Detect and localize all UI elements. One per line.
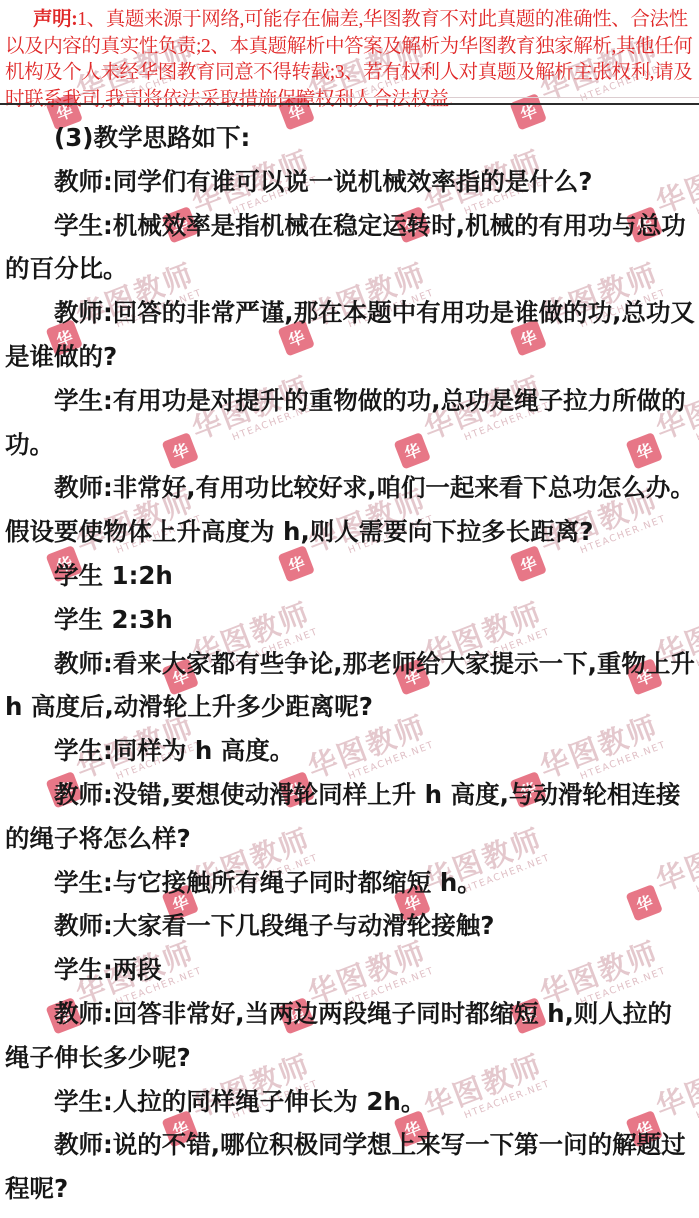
watermark-domain-text: HTEACHER.NET [695,401,699,443]
dialogue-paragraph: 教师:大家看一下几段绳子与动滑轮接触? [5,904,695,948]
watermark-domain-text: HTEACHER.NET [695,1079,699,1121]
dialogue-paragraph: 学生:有用功是对提升的重物做的功,总功是绳子拉力所做的功。 [5,379,695,467]
dialogue-paragraph: 教师:同学们有谁可以说一说机械效率指的是什么? [5,160,695,204]
thin-divider [110,97,699,98]
dialogue-paragraph: 教师:没错,要想使动滑轮同样上升 h 高度,与动滑轮相连接的绳子将怎么样? [5,773,695,861]
watermark-domain-text: HTEACHER.NET [695,175,699,217]
dialogue-paragraph: 学生:与它接触所有绳子同时都缩短 h。 [5,861,695,905]
dialogue-section: (3)教学思路如下: 教师:同学们有谁可以说一说机械效率指的是什么?学生:机械效… [5,116,695,1211]
dialogue-paragraph: 教师:看来大家都有些争论,那老师给大家提示一下,重物上升 h 高度后,动滑轮上升… [5,642,695,730]
dialogue-paragraph: 学生:人拉的同样绳子伸长为 2h。 [5,1080,695,1124]
dialogue-paragraph: 教师:说的不错,哪位积极同学想上来写一下第一问的解题过程呢? [5,1123,695,1211]
watermark-domain-text: HTEACHER.NET [695,627,699,669]
dialogue-paragraph: 教师:回答非常好,当两边两段绳子同时都缩短 h,则人拉的绳子伸长多少呢? [5,992,695,1080]
document-page: 华华图教师HTEACHER.NET华华图教师HTEACHER.NET华华图教师H… [0,0,699,1218]
dialogue-paragraph: 教师:非常好,有用功比较好求,咱们一起来看下总功怎么办。假设要使物体上升高度为 … [5,466,695,554]
dialogue-paragraph: 学生:同样为 h 高度。 [5,729,695,773]
dialogue-paragraph: 学生 1:2h [5,554,695,598]
disclaimer-label: 声明: [33,9,77,30]
dialogue-paragraph: 教师:回答的非常严谨,那在本题中有用功是谁做的功,总功又是谁做的? [5,291,695,379]
dialogue-paragraph: 学生:机械效率是指机械在稳定运转时,机械的有用功与总功的百分比。 [5,204,695,292]
section-heading: (3)教学思路如下: [5,116,695,160]
section-divider [0,103,699,105]
disclaimer-body: 1、真题来源于网络,可能存在偏差,华图教育不对此真题的准确性、合法性以及内容的真… [5,9,692,110]
dialogue-paragraph: 学生 2:3h [5,598,695,642]
watermark-domain-text: HTEACHER.NET [695,853,699,895]
dialogue-paragraph: 学生:两段 [5,948,695,992]
